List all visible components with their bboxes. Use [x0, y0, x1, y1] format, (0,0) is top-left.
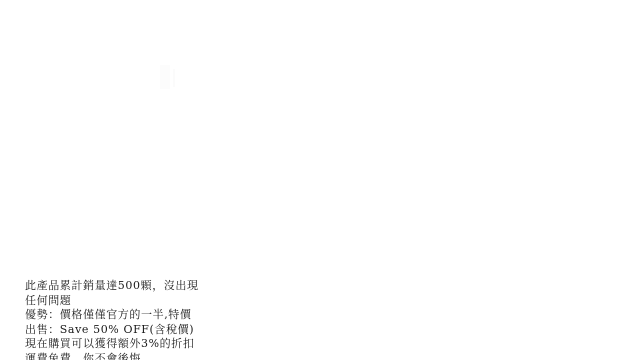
product-image — [160, 65, 170, 89]
description-line-sale-offer: 出售：Save 50% OFF(含稅價) — [25, 323, 215, 338]
description-line-sales-cont: 任何問題 — [25, 294, 215, 309]
product-page: 此產品累計銷量達500顆，沒出現 任何問題 優勢：價格僅僅官方的一半,特價 出售… — [0, 0, 640, 360]
description-line-advantage: 優勢：價格僅僅官方的一半,特價 — [25, 308, 215, 323]
description-line-sales: 此產品累計銷量達500顆，沒出現 — [25, 279, 215, 294]
description-line-discount: 現在購買可以獲得額外3%的折扣 — [25, 337, 215, 352]
product-description: 此產品累計銷量達500顆，沒出現 任何問題 優勢：價格僅僅官方的一半,特價 出售… — [25, 279, 215, 360]
description-line-shipping: 運費免費，你不會後悔 — [25, 352, 215, 360]
